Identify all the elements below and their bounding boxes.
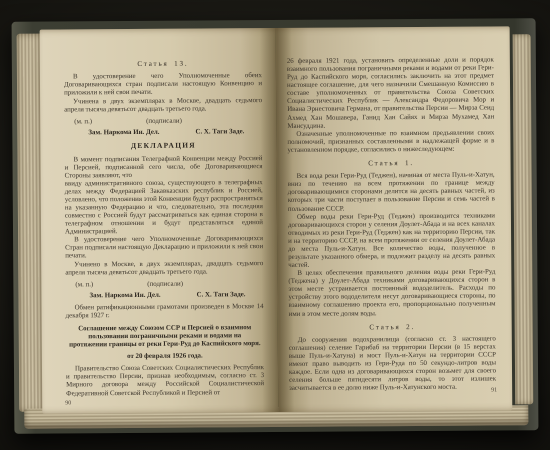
left-page-text: Статья 13. В удостоверение чего Уполномо… xyxy=(64,54,264,398)
signer-left: Зам. Наркома Ин. Дел. xyxy=(89,292,160,301)
page-edges-right xyxy=(513,34,534,404)
paragraph: Обмер воды реки Гери-Руд (Теджен) произв… xyxy=(288,212,495,270)
paragraph: До сооружения водохранилища (согласно ст… xyxy=(289,335,496,393)
paragraph: Вся вода реки Гери-Руд (Теджен), начиная… xyxy=(288,172,495,214)
page-number: 90 xyxy=(65,400,71,406)
paragraph: В момент подписания Телеграфной Конвенци… xyxy=(65,155,263,181)
photo-background: Статья 13. В удостоверение чего Уполномо… xyxy=(0,0,550,450)
paragraph: В целях обеспечения правильного деления … xyxy=(288,269,495,319)
paragraph: В удостоверение чего Уполномоченные Дого… xyxy=(65,235,263,261)
paragraph: 26 февраля 1921 года, установить определ… xyxy=(287,56,495,130)
open-book: Статья 13. В удостоверение чего Уполномо… xyxy=(12,18,539,434)
declaration-heading: ДЕКЛАРАЦИЯ xyxy=(64,141,262,151)
seal-mark: (м. п.) xyxy=(74,118,92,126)
signer-names-row: Зам. Наркома Ин. Дел. С. Х. Таги Заде. xyxy=(65,291,263,300)
paragraph: Учинена в двух экземплярах в Москве, два… xyxy=(64,97,262,115)
signer-right: С. Х. Таги Заде. xyxy=(197,291,246,299)
paragraph: В удостоверение чего Уполномоченные обеи… xyxy=(64,72,262,98)
page-number: 91 xyxy=(491,387,497,393)
signed-mark: (подписали) xyxy=(146,117,182,125)
paragraph: Правительство Союза Советских Социалисти… xyxy=(66,364,264,398)
article-13-heading: Статья 13. xyxy=(64,59,262,69)
signature-row: (м. п.) (подписали) xyxy=(65,280,263,289)
right-page: 26 февраля 1921 года, установить определ… xyxy=(276,26,513,412)
agreement-date: от 20 февраля 1926 года. xyxy=(66,352,264,361)
signer-names-row: Зам. Наркома Ин. Дел. С. Х. Таги Заде. xyxy=(64,128,262,137)
seal-mark: (м. п.) xyxy=(75,281,93,289)
agreement-title: Соглашение между Союзом ССР и Персией о … xyxy=(69,324,261,350)
signed-mark: (подписали) xyxy=(147,280,183,288)
right-page-text: 26 февраля 1921 года, установить определ… xyxy=(287,56,496,393)
article-1-heading: Статья 1. xyxy=(288,158,495,168)
signature-row: (м. п.) (подписали) xyxy=(64,117,262,126)
article-2-heading: Статья 2. xyxy=(289,322,496,332)
signer-right: С. Х. Таги Заде. xyxy=(195,128,244,136)
paragraph: Учинено в Москве, в двух экземплярах, дв… xyxy=(65,260,263,278)
paragraph: Означенные уполномоченные по взаимном пр… xyxy=(287,129,494,155)
ratification-note: Обмен ратификационными грамотами произве… xyxy=(66,303,264,321)
signer-left: Зам. Наркома Ин. Дел. xyxy=(88,129,159,138)
paragraph: ввиду административного союза, существую… xyxy=(65,179,263,237)
left-page: Статья 13. В удостоверение чего Уполномо… xyxy=(40,28,279,414)
